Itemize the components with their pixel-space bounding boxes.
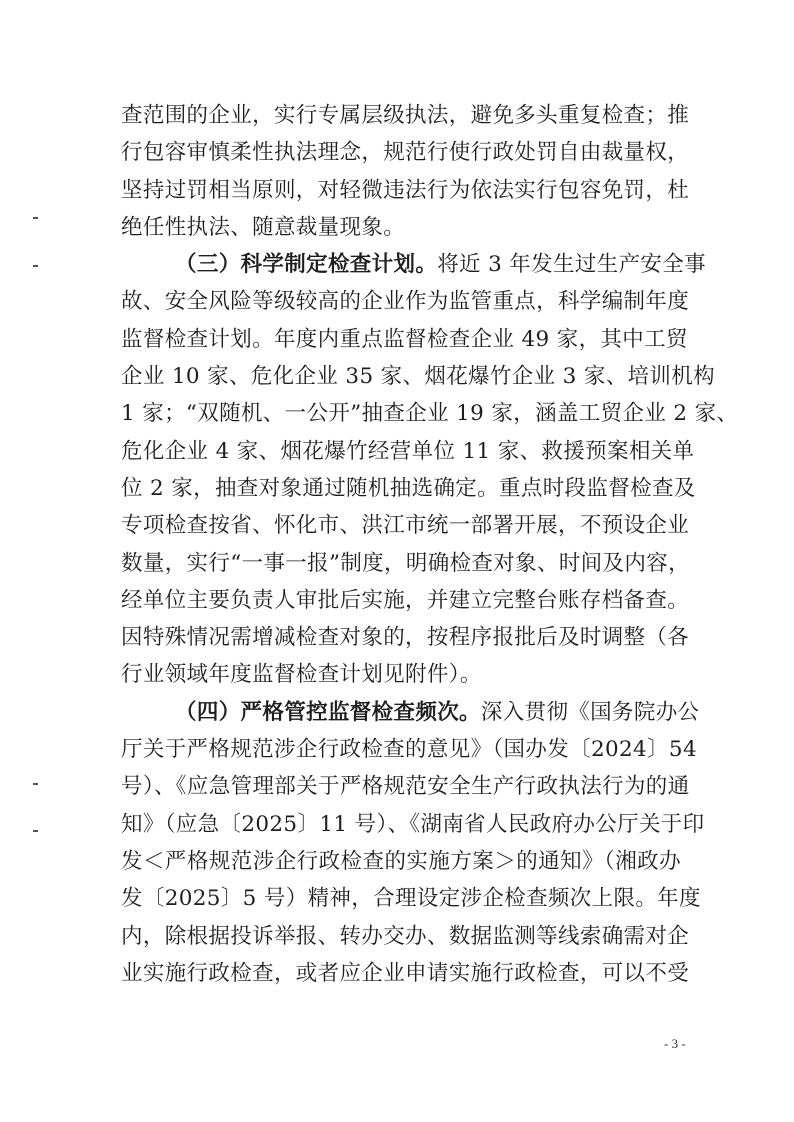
- paragraph-section-4: （四）严格管控监督检查频次。深入贯彻《国务院办公 厅关于严格规范涉企行政检查的意…: [121, 694, 681, 992]
- binding-mark: [33, 783, 38, 785]
- text-line: 位 2 家，抽查对象通过随机抽选确定。重点时段监督检查及: [121, 470, 681, 507]
- text-line: 发〔2025〕5 号）精神，合理设定涉企检查频次上限。年度: [121, 880, 681, 917]
- text-line: （三）科学制定检查计划。将近 3 年发生过生产安全事: [121, 246, 681, 283]
- text-line: 发＜严格规范涉企行政检查的实施方案＞的通知》（湘政办: [121, 843, 681, 880]
- text-line: 监督检查计划。年度内重点监督检查企业 49 家，其中工贸: [121, 321, 681, 358]
- paragraph-continuation: 查范围的企业，实行专属层级执法，避免多头重复检查；推 行包容审慎柔性执法理念，规…: [121, 97, 681, 246]
- binding-mark: [33, 265, 38, 267]
- text-line: 业实施行政检查，或者应企业申请实施行政检查，可以不受: [121, 955, 681, 992]
- text-line: 企业 10 家、危化企业 35 家、烟花爆竹企业 3 家、培训机构: [121, 358, 681, 395]
- text-line-rest: 深入贯彻《国务院办公: [481, 700, 700, 725]
- section-heading: （四）严格管控监督检查频次。: [175, 700, 481, 725]
- text-line: 故、安全风险等级较高的企业作为监管重点，科学编制年度: [121, 283, 681, 320]
- text-line: 查范围的企业，实行专属层级执法，避免多头重复检查；推: [121, 97, 681, 134]
- text-line: 行业领域年度监督检查计划见附件）。: [121, 656, 681, 693]
- page-number: - 3 -: [664, 1036, 686, 1052]
- text-line: 数量，实行“一事一报”制度，明确检查对象、时间及内容，: [121, 545, 681, 582]
- text-line: 厅关于严格规范涉企行政检查的意见》（国办发〔2024〕54: [121, 731, 681, 768]
- binding-mark: [33, 217, 38, 219]
- text-line: 号）、《应急管理部关于严格规范安全生产行政执法行为的通: [121, 768, 681, 805]
- document-page: 查范围的企业，实行专属层级执法，避免多头重复检查；推 行包容审慎柔性执法理念，规…: [0, 0, 794, 1122]
- text-line: 内，除根据投诉举报、转办交办、数据监测等线索确需对企: [121, 918, 681, 955]
- section-heading: （三）科学制定检查计划。: [175, 252, 437, 277]
- text-line: 坚持过罚相当原则，对轻微违法行为依法实行包容免罚，杜: [121, 172, 681, 209]
- paragraph-section-3: （三）科学制定检查计划。将近 3 年发生过生产安全事 故、安全风险等级较高的企业…: [121, 246, 681, 694]
- binding-mark: [33, 830, 38, 832]
- text-line: 因特殊情况需增减检查对象的，按程序报批后及时调整（各: [121, 619, 681, 656]
- text-line: 专项检查按省、怀化市、洪江市统一部署开展，不预设企业: [121, 507, 681, 544]
- text-line: （四）严格管控监督检查频次。深入贯彻《国务院办公: [121, 694, 681, 731]
- text-line: 知》（应急〔2025〕11 号）、《湖南省人民政府办公厅关于印: [121, 806, 681, 843]
- text-line: 1 家；“双随机、一公开”抽查企业 19 家，涵盖工贸企业 2 家、: [121, 395, 681, 432]
- text-line: 行包容审慎柔性执法理念，规范行使行政处罚自由裁量权，: [121, 134, 681, 171]
- text-line: 危化企业 4 家、烟花爆竹经营单位 11 家、救援预案相关单: [121, 433, 681, 470]
- text-line: 经单位主要负责人审批后实施，并建立完整台账存档备查。: [121, 582, 681, 619]
- text-line-rest: 将近 3 年发生过生产安全事: [437, 252, 706, 277]
- text-line: 绝任性执法、随意裁量现象。: [121, 209, 681, 246]
- document-body: 查范围的企业，实行专属层级执法，避免多头重复检查；推 行包容审慎柔性执法理念，规…: [121, 97, 681, 992]
